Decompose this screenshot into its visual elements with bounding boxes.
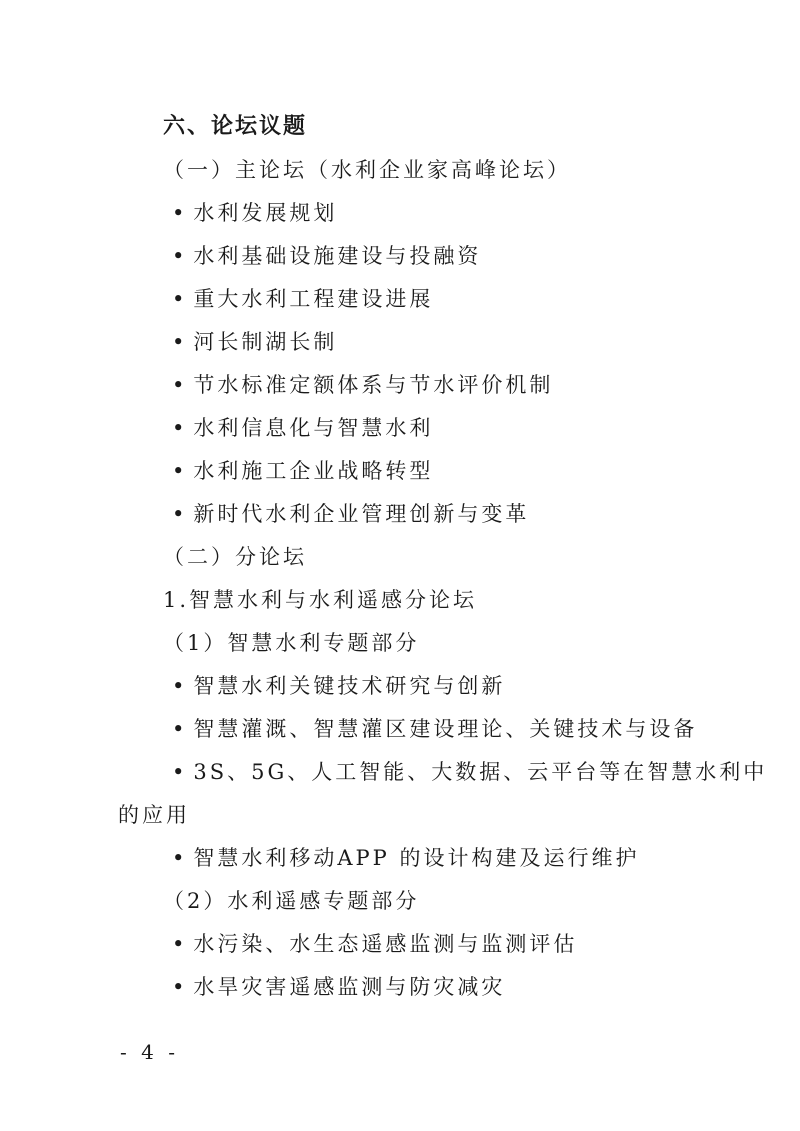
list-item: 3S、5G、人工智能、大数据、云平台等在智慧水利中	[172, 758, 767, 786]
list-item: 智慧水利关键技术研究与创新	[172, 672, 505, 700]
list-item-continuation: 的应用	[118, 801, 190, 829]
list-item: 水污染、水生态遥感监测与监测评估	[172, 930, 577, 958]
list-item: 新时代水利企业管理创新与变革	[172, 500, 529, 528]
list-item: 水利信息化与智慧水利	[172, 414, 433, 442]
list-item: 水旱灾害遥感监测与防灾减灾	[172, 973, 505, 1001]
main-forum-heading: （一）主论坛（水利企业家高峰论坛）	[163, 156, 571, 184]
list-item: 智慧水利移动APP 的设计构建及运行维护	[172, 844, 640, 872]
list-item: 重大水利工程建设进展	[172, 285, 433, 313]
page-number: - 4 -	[120, 1040, 179, 1064]
list-item: 水利基础设施建设与投融资	[172, 242, 481, 270]
list-item: 水利发展规划	[172, 199, 337, 227]
part1-heading: （1）智慧水利专题部分	[163, 629, 419, 657]
list-item: 智慧灌溉、智慧灌区建设理论、关键技术与设备	[172, 715, 697, 743]
list-item: 节水标准定额体系与节水评价机制	[172, 371, 553, 399]
list-item: 水利施工企业战略转型	[172, 457, 433, 485]
list-item: 河长制湖长制	[172, 328, 337, 356]
part2-heading: （2）水利遥感专题部分	[163, 887, 419, 915]
forum1-title: 1.智慧水利与水利遥感分论坛	[163, 586, 477, 614]
section-title: 六、论坛议题	[163, 113, 307, 141]
sub-forum-heading: （二）分论坛	[163, 543, 307, 571]
